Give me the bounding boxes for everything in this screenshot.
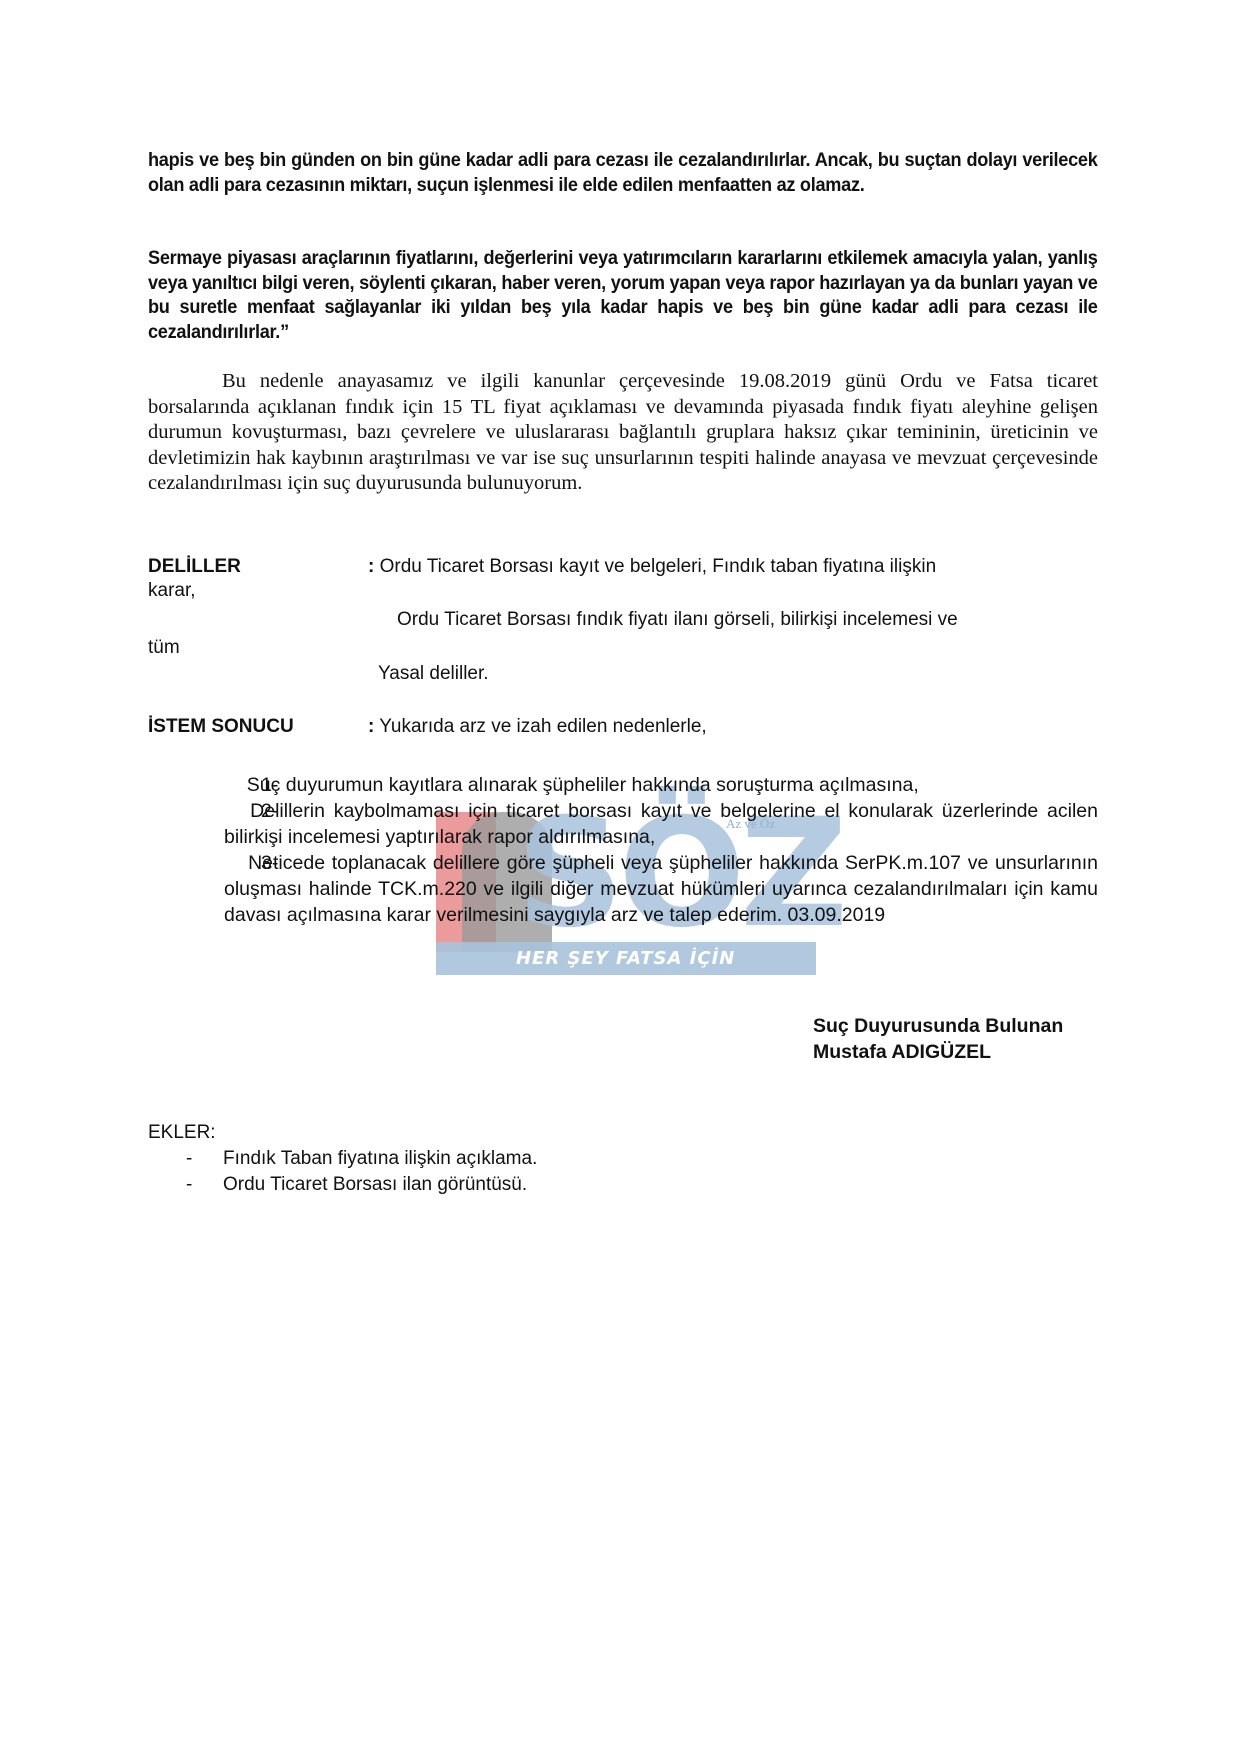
signature-title: Suç Duyurusunda Bulunan: [813, 1013, 1063, 1039]
list-item-text: Delillerin kaybolmaması için ticaret bor…: [224, 800, 1098, 848]
deliller-label: DELİLLER: [148, 555, 241, 579]
deliller-wrap-1: karar,: [148, 579, 196, 603]
bullet-dash: -: [186, 1172, 192, 1198]
list-item: 2- Delillerin kaybolmaması için ticaret …: [148, 798, 1098, 850]
quoted-law-paragraph-1: hapis ve beş bin günden on bin güne kada…: [148, 148, 1098, 197]
deliller-wrap-2: tüm: [148, 636, 180, 660]
deliller-colon: :: [368, 556, 374, 577]
deliller-line-3: Yasal deliller.: [378, 662, 489, 686]
deliller-line-1-text: Ordu Ticaret Borsası kayıt ve belgeleri,…: [380, 556, 937, 577]
list-item: 1- Suç duyurumun kayıtlara alınarak şüph…: [148, 772, 1098, 798]
istem-text: Yukarıda arz ve izah edilen nedenlerle,: [379, 716, 706, 737]
list-item-text: Neticede toplanacak delillere göre şüphe…: [224, 852, 1098, 926]
signature-name: Mustafa ADIGÜZEL: [813, 1039, 1063, 1065]
list-item: 3- Neticede toplanacak delillere göre şü…: [148, 850, 1098, 928]
complaint-body-paragraph: Bu nedenle anayasamız ve ilgili kanunlar…: [148, 369, 1098, 497]
attachment-text: Fındık Taban fiyatına ilişkin açıklama.: [223, 1148, 537, 1169]
deliller-line-2: Ordu Ticaret Borsası fındık fiyatı ilanı…: [397, 608, 958, 632]
quoted-law-paragraph-2: Sermaye piyasası araçlarının fiyatlarını…: [148, 246, 1098, 344]
watermark-band: [436, 942, 816, 975]
attachment-item: - Fındık Taban fiyatına ilişkin açıklama…: [148, 1146, 537, 1172]
attachment-text: Ordu Ticaret Borsası ilan görüntüsü.: [223, 1174, 527, 1195]
deliller-line-1: : Ordu Ticaret Borsası kayıt ve belgeler…: [368, 555, 936, 579]
attachment-item: - Ordu Ticaret Borsası ilan görüntüsü.: [148, 1172, 537, 1198]
signature-block: Suç Duyurusunda Bulunan Mustafa ADIGÜZEL: [813, 1013, 1063, 1065]
istem-line: : Yukarıda arz ve izah edilen nedenlerle…: [368, 715, 707, 739]
attachments-label: EKLER:: [148, 1120, 537, 1146]
list-item-text: Suç duyurumun kayıtlara alınarak şüpheli…: [247, 774, 919, 796]
istem-label: İSTEM SONUCU: [148, 715, 294, 739]
watermark-slogan: HER ŞEY FATSA İÇİN: [516, 948, 735, 969]
request-list: 1- Suç duyurumun kayıtlara alınarak şüph…: [148, 772, 1098, 928]
attachments-section: EKLER: - Fındık Taban fiyatına ilişkin a…: [148, 1120, 537, 1198]
istem-colon: :: [368, 716, 374, 737]
document-page: hapis ve beş bin günden on bin güne kada…: [0, 0, 1240, 1752]
bullet-dash: -: [186, 1146, 192, 1172]
